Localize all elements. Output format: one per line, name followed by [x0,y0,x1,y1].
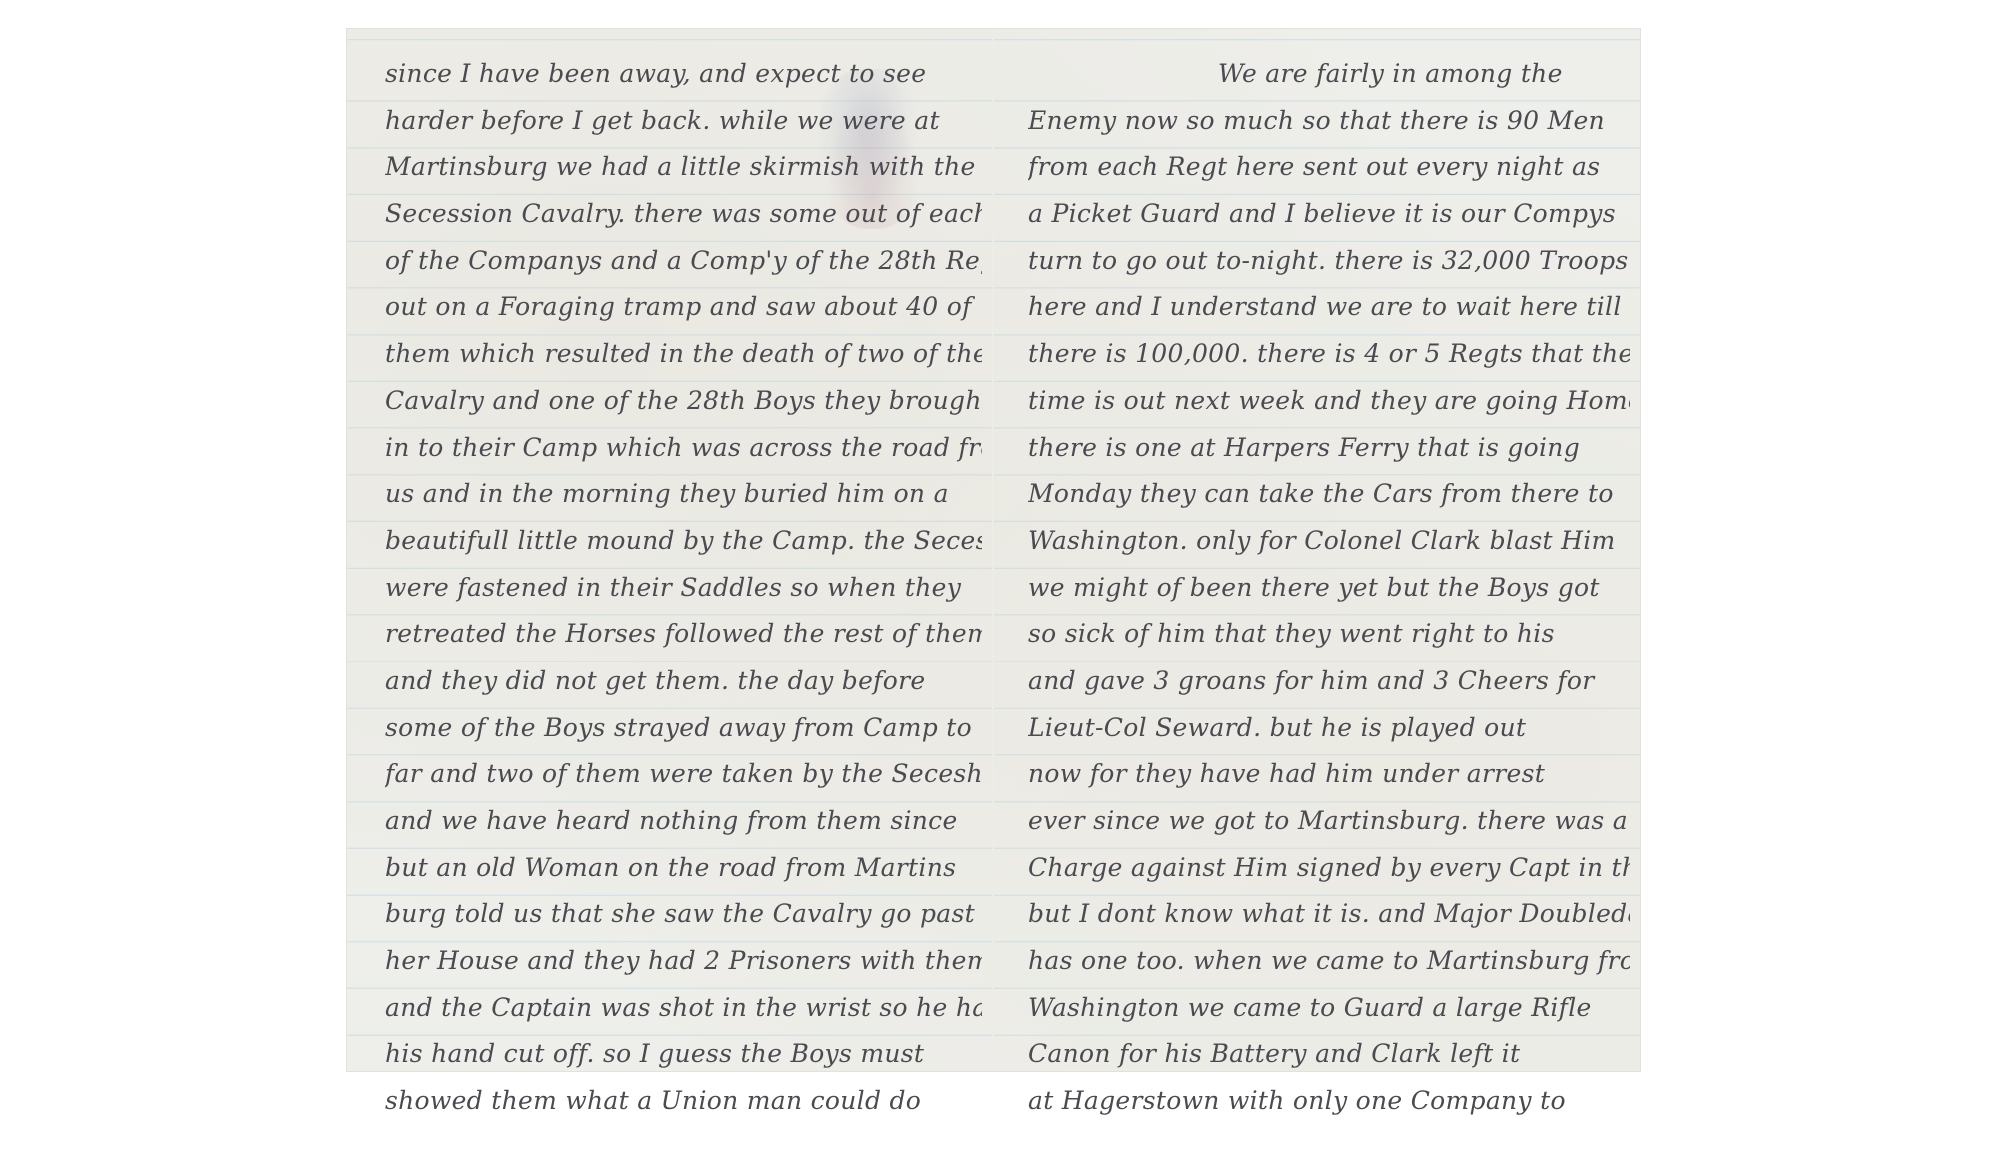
text-line: Lieut-Col Seward. but he is played out [1028,705,1630,752]
text-line: here and I understand we are to wait her… [1028,284,1630,331]
text-line: them which resulted in the death of two … [385,331,982,378]
text-line: far and two of them were taken by the Se… [385,751,982,798]
text-line-opening: We are fairly in among the [1028,51,1630,98]
text-line: there is 100,000. there is 4 or 5 Regts … [1028,331,1630,378]
letter-sheet: since I have been away, and expect to se… [347,29,1640,1071]
text-line: but I dont know what it is. and Major Do… [1028,891,1630,938]
text-line: from each Regt here sent out every night… [1028,144,1630,191]
text-line: showed them what a Union man could do [385,1078,982,1125]
text-line: burg told us that she saw the Cavalry go… [385,891,982,938]
text-line: Secession Cavalry. there was some out of… [385,191,982,238]
right-page: We are fairly in among the Enemy now so … [994,29,1640,1071]
text-line: ever since we got to Martinsburg. there … [1028,798,1630,845]
text-line: were fastened in their Saddles so when t… [385,565,982,612]
text-line: a Picket Guard and I believe it is our C… [1028,191,1630,238]
text-line: and we have heard nothing from them sinc… [385,798,982,845]
text-line: us and in the morning they buried him on… [385,471,982,518]
text-line: but an old Woman on the road from Martin… [385,845,982,892]
text-line: beautifull little mound by the Camp. the… [385,518,982,565]
text-line: Washington. only for Colonel Clark blast… [1028,518,1630,565]
text-line: and the Captain was shot in the wrist so… [385,985,982,1032]
text-line: Charge against Him signed by every Capt … [1028,845,1630,892]
text-line: we might of been there yet but the Boys … [1028,565,1630,612]
text-line: and they did not get them. the day befor… [385,658,982,705]
text-line: his hand cut off. so I guess the Boys mu… [385,1031,982,1078]
text-line: Washington we came to Guard a large Rifl… [1028,985,1630,1032]
text-line: her House and they had 2 Prisoners with … [385,938,982,985]
text-line: Monday they can take the Cars from there… [1028,471,1630,518]
left-page-lines: since I have been away, and expect to se… [385,51,982,1125]
text-line: Canon for his Battery and Clark left it [1028,1031,1630,1078]
text-line: out on a Foraging tramp and saw about 40… [385,284,982,331]
text-line: of the Companys and a Comp'y of the 28th… [385,238,982,285]
text-line: Martinsburg we had a little skirmish wit… [385,144,982,191]
text-line: and gave 3 groans for him and 3 Cheers f… [1028,658,1630,705]
right-page-lines: We are fairly in among the Enemy now so … [1028,51,1630,1125]
text-line: time is out next week and they are going… [1028,378,1630,425]
text-line: Enemy now so much so that there is 90 Me… [1028,98,1630,145]
text-line: harder before I get back. while we were … [385,98,982,145]
text-line: Cavalry and one of the 28th Boys they br… [385,378,982,425]
text-line: at Hagerstown with only one Company to [1028,1078,1630,1125]
text-line: some of the Boys strayed away from Camp … [385,705,982,752]
text-line: in to their Camp which was across the ro… [385,425,982,472]
text-line: has one too. when we came to Martinsburg… [1028,938,1630,985]
left-page: since I have been away, and expect to se… [347,29,992,1071]
text-line: so sick of him that they went right to h… [1028,611,1630,658]
text-line: there is one at Harpers Ferry that is go… [1028,425,1630,472]
text-line: retreated the Horses followed the rest o… [385,611,982,658]
text-line: turn to go out to-night. there is 32,000… [1028,238,1630,285]
text-line: now for they have had him under arrest [1028,751,1630,798]
text-line: since I have been away, and expect to se… [385,51,982,98]
